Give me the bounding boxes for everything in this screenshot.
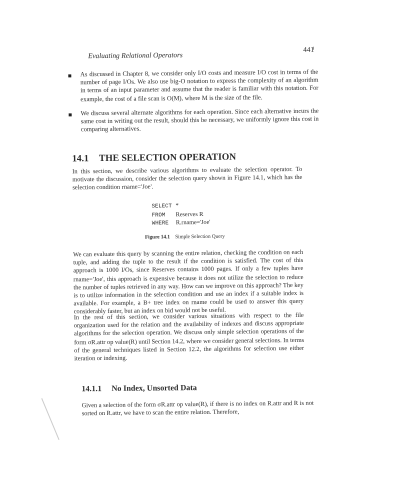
- sql-keyword: SELECT: [152, 202, 176, 210]
- running-title: Evaluating Relational Operators: [88, 51, 183, 60]
- scanned-page: Evaluating Relational Operators 441 As d…: [0, 0, 408, 480]
- page-number: 441: [303, 46, 314, 54]
- sql-clause: R.rname='Joe': [176, 220, 211, 226]
- sql-query: SELECT* FROMReserves R WHERER.rname='Joe…: [152, 202, 211, 228]
- bullet-list: As discussed in Chapter 8, we consider o…: [68, 69, 319, 141]
- figure-caption: Figure 14.1 Simple Selection Query: [145, 234, 225, 241]
- paragraph: Given a selection of the form σR.attr op…: [82, 400, 314, 419]
- section-heading: 14.1 THE SELECTION OPERATION: [72, 153, 236, 165]
- subsection-number: 14.1.1: [82, 384, 102, 393]
- subsection-heading: 14.1.1 No Index, Unsorted Data: [82, 383, 197, 393]
- sql-keyword: FROM: [152, 211, 176, 219]
- figure-caption-text: Simple Selection Query: [175, 234, 225, 241]
- sql-clause: Reserves R: [176, 212, 204, 218]
- running-header: Evaluating Relational Operators 441: [88, 50, 314, 60]
- paragraph: In this section, we describe various alg…: [72, 166, 302, 193]
- sql-clause: *: [176, 203, 179, 209]
- bullet-item: We discuss several alternate algorithms …: [69, 108, 319, 135]
- sql-keyword: WHERE: [152, 219, 176, 227]
- margin-line: [41, 398, 59, 440]
- figure-label: Figure 14.1: [145, 234, 170, 240]
- section-number: 14.1: [72, 154, 89, 164]
- section-title: THE SELECTION OPERATION: [99, 153, 236, 164]
- paragraph: We can evaluate this query by scanning t…: [73, 249, 304, 317]
- subsection-title: No Index, Unsorted Data: [112, 383, 197, 393]
- paragraph: In the rest of this section, we consider…: [74, 312, 305, 364]
- bullet-item: As discussed in Chapter 8, we consider o…: [68, 69, 318, 104]
- sql-line: WHERER.rname='Joe': [152, 219, 211, 228]
